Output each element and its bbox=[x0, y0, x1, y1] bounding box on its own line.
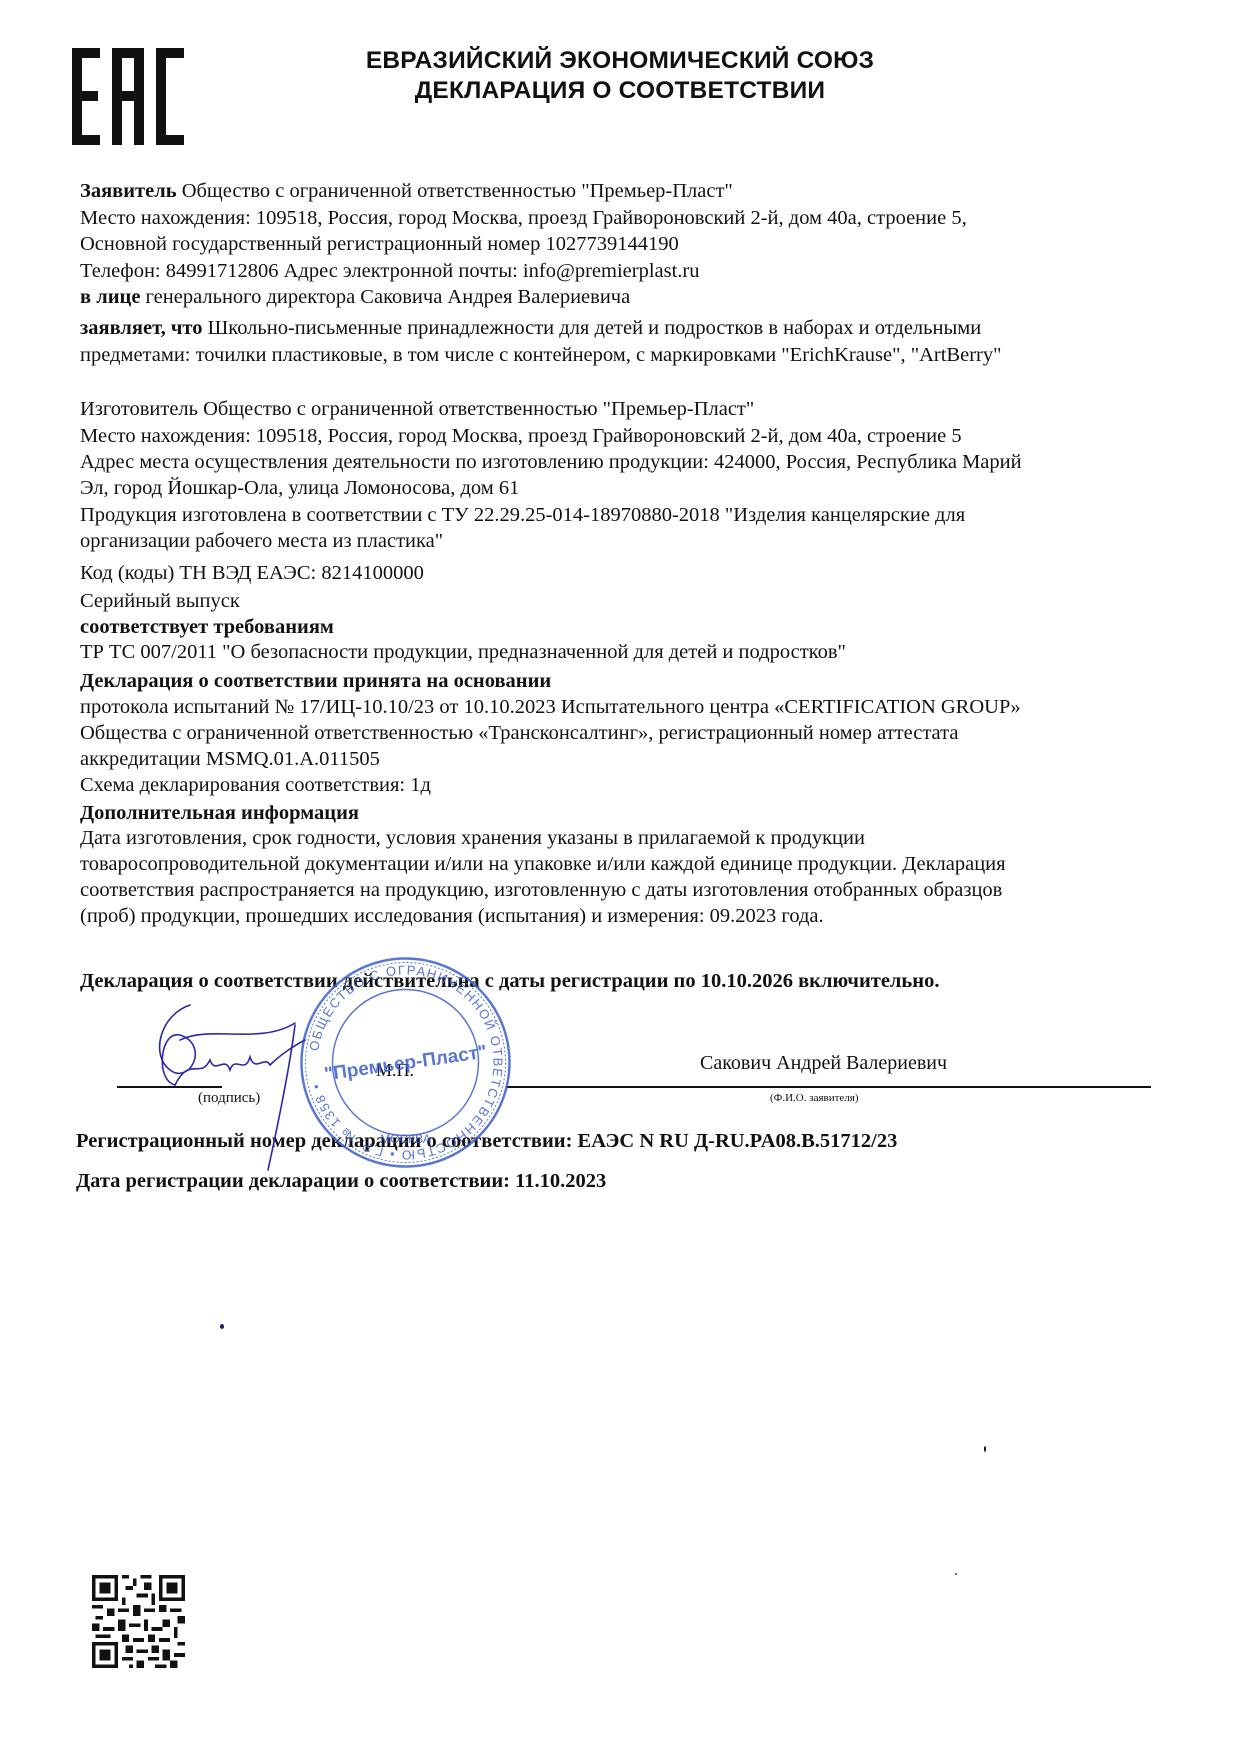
additional-label: Дополнительная информация bbox=[80, 800, 359, 826]
registration-date: Дата регистрации декларации о соответств… bbox=[76, 1168, 606, 1194]
document-title: ДЕКЛАРАЦИЯ О СООТВЕТСТВИИ bbox=[300, 76, 940, 106]
applicant-label: Заявитель bbox=[80, 180, 177, 202]
validity-statement: Декларация о соответствии действительна … bbox=[80, 968, 939, 994]
document-header: ЕВРАЗИЙСКИЙ ЭКОНОМИЧЕСКИЙ СОЮЗ ДЕКЛАРАЦИ… bbox=[300, 46, 940, 106]
additional-line-1: Дата изготовления, срок годности, услови… bbox=[80, 825, 865, 851]
declares-line-2: предметами: точилки пластиковые, в том ч… bbox=[80, 342, 1001, 368]
declares-line-1: заявляет, что Школьно-письменные принадл… bbox=[80, 315, 981, 341]
manufacturer-address: Место нахождения: 109518, Россия, город … bbox=[80, 423, 962, 449]
standard-line-1: Продукция изготовлена в соответствии с Т… bbox=[80, 502, 965, 528]
declaration-scheme: Схема декларирования соответствия: 1д bbox=[80, 772, 431, 798]
signature-caption: (подпись) bbox=[198, 1090, 260, 1107]
qr-code-icon bbox=[92, 1575, 185, 1668]
scan-speck bbox=[955, 1573, 957, 1575]
additional-line-4: (проб) продукции, прошедших исследования… bbox=[80, 903, 824, 929]
represented-by: генерального директора Саковича Андрея В… bbox=[140, 286, 630, 308]
batch-type: Серийный выпуск bbox=[80, 588, 240, 614]
declares-label: заявляет, что bbox=[80, 317, 202, 339]
represented-by-line: в лице генерального директора Саковича А… bbox=[80, 284, 630, 310]
basis-label: Декларация о соответствии принята на осн… bbox=[80, 668, 551, 694]
declares-text-1: Школьно-письменные принадлежности для де… bbox=[202, 317, 981, 339]
represented-label: в лице bbox=[80, 286, 140, 308]
signature-line bbox=[117, 1086, 222, 1088]
scan-speck bbox=[220, 1324, 224, 1329]
applicant-contacts: Телефон: 84991712806 Адрес электронной п… bbox=[80, 258, 700, 284]
basis-line-1: протокола испытаний № 17/ИЦ-10.10/23 от … bbox=[80, 694, 1021, 720]
regulation: ТР ТС 007/2011 "О безопасности продукции… bbox=[80, 639, 846, 665]
signer-caption: (Ф.И.О. заявителя) bbox=[770, 1092, 859, 1104]
additional-line-3: соответствия распространяется на продукц… bbox=[80, 877, 1002, 903]
conformity-label: соответствует требованиям bbox=[80, 614, 334, 640]
applicant-ogrn: Основной государственный регистрационный… bbox=[80, 231, 679, 257]
signer-name-line bbox=[506, 1086, 1151, 1088]
production-address-2: Эл, город Йошкар-Ола, улица Ломоносова, … bbox=[80, 475, 519, 501]
eac-mark-icon bbox=[72, 48, 184, 145]
union-title: ЕВРАЗИЙСКИЙ ЭКОНОМИЧЕСКИЙ СОЮЗ bbox=[300, 46, 940, 76]
signer-name: Сакович Андрей Валериевич bbox=[700, 1052, 947, 1075]
additional-line-2: товаросопроводительной документации и/ил… bbox=[80, 851, 1006, 877]
seal-label: М.П. bbox=[376, 1060, 414, 1081]
applicant-line: Заявитель Общество с ограниченной ответс… bbox=[80, 178, 733, 204]
production-address-1: Адрес места осуществления деятельности п… bbox=[80, 449, 1022, 475]
basis-line-3: аккредитации MSMQ.01.A.011505 bbox=[80, 746, 380, 772]
registration-number: Регистрационный номер декларации о соотв… bbox=[76, 1128, 897, 1154]
applicant-name: Общество с ограниченной ответственностью… bbox=[177, 180, 733, 202]
standard-line-2: организации рабочего места из пластика" bbox=[80, 528, 443, 554]
manufacturer-name: Изготовитель Общество с ограниченной отв… bbox=[80, 396, 754, 422]
applicant-address: Место нахождения: 109518, Россия, город … bbox=[80, 205, 967, 231]
scan-speck bbox=[984, 1446, 986, 1452]
basis-line-2: Общества с ограниченной ответственностью… bbox=[80, 720, 958, 746]
hs-code: Код (коды) ТН ВЭД ЕАЭС: 8214100000 bbox=[80, 560, 424, 586]
